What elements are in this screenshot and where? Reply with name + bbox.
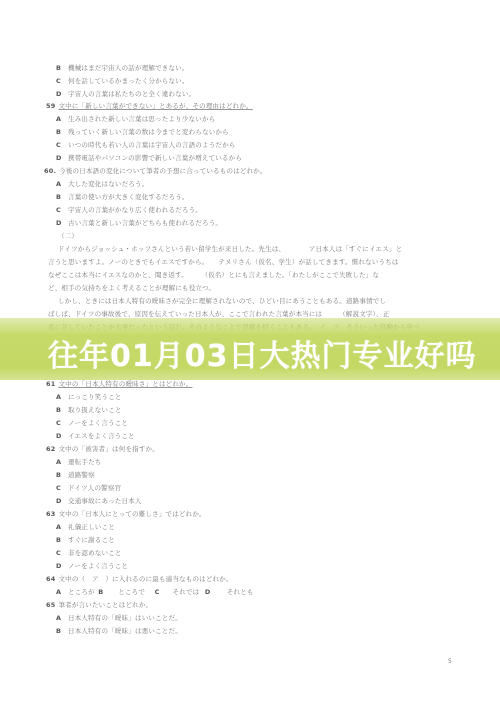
option-text: 取り扱えないこと	[68, 406, 122, 414]
option-letter: C	[56, 549, 68, 557]
option-text: ところで	[110, 588, 152, 596]
option-text: 非を認めないこと	[68, 549, 122, 557]
option-61-a: Aにっこり笑うこと	[56, 393, 121, 401]
option-58-b: B機械はまだ宇宙人の話が理解できない。	[56, 64, 189, 72]
banner-title: 往年01月03日大热门专业好吗	[48, 331, 477, 375]
option-65-a: A日本人特有の「曖昧」はいいことだ。	[56, 614, 182, 622]
option-text: ノーをよく言うこと	[68, 419, 128, 427]
passage-line: しかし、ときには日本人特有の曖昧さが完全に理解されないので、ひどい目にあうことも…	[58, 297, 386, 305]
option-58-d: D宇宙人の言葉は私たちのと全く違わない。	[56, 90, 195, 98]
option-letter: B	[56, 536, 68, 544]
option-letter: C	[56, 141, 68, 149]
option-59-b: B残っていく新しい言葉の数は今までと変わらないから	[56, 128, 229, 136]
option-letter: A	[56, 614, 68, 622]
option-letter: B	[56, 64, 68, 72]
option-letter: B	[56, 406, 68, 414]
question-62: 62文中の「被害者」は何を指すか。	[46, 445, 159, 453]
option-text: 何を話しているかまったく分からない。	[68, 77, 189, 85]
option-59-c: Cいつの時代も若い人の言葉は宇宙人の言語のようだから	[56, 141, 236, 149]
option-letter: A	[56, 393, 68, 401]
question-number: 59	[46, 102, 55, 110]
passage-line: ドイツからジョッシュ・ホッフさんという若い留学生が来日した。先生は、 ア日本人は…	[58, 245, 402, 253]
passage-line: なぜここは本当にイエスなのかと、聞き返す。 （仮名）とにも言えました。「わたしが…	[48, 271, 379, 279]
option-letter: C	[56, 419, 68, 427]
question-prompt: 今後の日本語の変化について筆者の予想に合っているものはどれか。	[59, 167, 267, 175]
option-text: 携帯電話やパソコンの影響で新しい言葉が増えているから	[68, 154, 242, 162]
question-prompt: 文中の（ ア ）に入れるのに最も適当なものはどれか。	[58, 575, 232, 583]
page-number: 5	[448, 658, 452, 665]
option-letter: C	[56, 484, 68, 492]
option-text: 機械はまだ宇宙人の話が理解できない。	[68, 64, 189, 72]
passage-line: ばしば、ドイツの事故後で、原因を伝えていった日本人が、ここで言われた言葉が本当に…	[48, 310, 389, 318]
option-text: 運転手たち	[68, 458, 102, 466]
option-text: 礼儀正しいこと	[68, 523, 115, 531]
option-60-a: A大した変化はないだろう。	[56, 180, 148, 188]
option-62-b: B道路警察	[56, 471, 95, 479]
option-text: 古い言葉と新しい言葉がどちらも使われるだろう。	[68, 219, 222, 227]
question-60: 60.今後の日本語の変化について筆者の予想に合っているものはどれか。	[44, 167, 267, 175]
option-60-b: B言葉の使い方が大きく変化するだろう。	[56, 193, 189, 201]
option-60-d: D古い言葉と新しい言葉がどちらも使われるだろう。	[56, 219, 222, 227]
option-text: いつの時代も若い人の言葉は宇宙人の言語のようだから	[68, 141, 236, 149]
option-letter: B	[56, 627, 68, 635]
question-number: 63	[46, 510, 55, 518]
option-61-b: B取り扱えないこと	[56, 406, 122, 414]
option-letter: A	[56, 523, 68, 531]
option-text: 大した変化はないだろう。	[68, 180, 148, 188]
question-number: 65	[46, 601, 55, 609]
option-58-c: C何を話しているかまったく分からない。	[56, 77, 189, 85]
option-60-c: C宇宙人の言葉がかなり広く使われるだろう。	[56, 206, 202, 214]
question-number: 62	[46, 445, 55, 453]
option-text: 宇宙人の言葉は私たちのと全く違わない。	[68, 90, 195, 98]
option-62-a: A運転手たち	[56, 458, 102, 466]
option-letter: C	[56, 206, 68, 214]
options-64-row: Aところが Bところで Cそれでは Dそれとも	[56, 588, 254, 596]
option-text: 残っていく新しい言葉の数は今までと変わらないから	[68, 128, 229, 136]
option-text: 日本人特有の「曖昧」は悪いことだ。	[68, 627, 182, 635]
option-letter: A	[56, 588, 68, 596]
section-label: （二）	[58, 232, 78, 240]
option-text: それでは	[167, 588, 203, 596]
option-text: すぐに謝ること	[68, 536, 115, 544]
passage-line: 言うと思いますよ。ノーのときでもイエスですから。 テヌリさん（仮名、学生）が話し…	[48, 258, 399, 266]
option-letter: D	[56, 432, 68, 440]
option-letter: A	[56, 115, 68, 123]
option-text: にっこり笑うこと	[68, 393, 121, 401]
question-61: 61文中の「日本人特有の曖昧さ」とはどれか。	[46, 380, 192, 388]
option-59-d: D携帯電話やパソコンの影響で新しい言葉が増えているから	[56, 154, 242, 162]
question-59: 59文中に「新しい言葉ができない」とあるが、その理由はどれか。	[46, 102, 253, 110]
question-65: 65筆者が言いたいことはどれか。	[46, 601, 152, 609]
question-number: 64	[46, 575, 55, 583]
option-letter: B	[56, 193, 68, 201]
question-64: 64文中の（ ア ）に入れるのに最も適当なものはどれか。	[46, 575, 233, 583]
option-text: 交通事故にあった日本人	[68, 497, 142, 505]
option-text: 宇宙人の言葉がかなり広く使われるだろう。	[68, 206, 202, 214]
option-65-b: B日本人特有の「曖昧」は悪いことだ。	[56, 627, 182, 635]
option-62-d: D交通事故にあった日本人	[56, 497, 142, 505]
question-prompt: 文中に「新しい言葉ができない」とあるが、その理由はどれか。	[58, 102, 252, 110]
option-letter: D	[56, 154, 68, 162]
option-letter: D	[56, 219, 68, 227]
option-62-c: Cドイツ人の警察官	[56, 484, 121, 492]
option-63-a: A礼儀正しいこと	[56, 523, 115, 531]
option-letter: B	[98, 588, 110, 596]
question-prompt: 文中の「被害者」は何を指すか。	[58, 445, 159, 453]
option-letter: D	[205, 588, 217, 596]
option-letter: D	[56, 90, 68, 98]
option-63-d: Dノーをよく言うこと	[56, 562, 128, 570]
question-prompt: 文中の「日本人特有の曖昧さ」とはどれか。	[58, 380, 192, 388]
option-text: 生み出された新しい言葉は思ったより少ないから	[68, 115, 215, 123]
option-letter: D	[56, 562, 68, 570]
option-text: ノーをよく言うこと	[68, 562, 128, 570]
option-letter: A	[56, 180, 68, 188]
question-prompt: 筆者が言いたいことはどれか。	[58, 601, 152, 609]
option-letter: B	[56, 471, 68, 479]
option-text: 日本人特有の「曖昧」はいいことだ。	[68, 614, 182, 622]
option-letter: C	[155, 588, 167, 596]
option-61-d: Dイエスをよく言うこと	[56, 432, 135, 440]
option-text: 言葉の使い方が大きく変化するだろう。	[68, 193, 189, 201]
option-letter: B	[56, 128, 68, 136]
option-text: イエスをよく言うこと	[68, 432, 135, 440]
option-text: 道路警察	[68, 471, 95, 479]
option-63-b: Bすぐに謝ること	[56, 536, 115, 544]
question-number: 61	[46, 380, 55, 388]
option-61-c: Cノーをよく言うこと	[56, 419, 128, 427]
option-text: それとも	[217, 588, 254, 596]
question-number: 60.	[44, 167, 56, 175]
option-59-a: A生み出された新しい言葉は思ったより少ないから	[56, 115, 215, 123]
question-63: 63文中の「日本人にとっての難しさ」ではどれか。	[46, 510, 206, 518]
passage-line: ど、相手の気持ちをよく考えることが理解にも役立つ。	[48, 284, 215, 292]
option-63-c: C非を認めないこと	[56, 549, 122, 557]
option-letter: A	[56, 458, 68, 466]
option-letter: C	[56, 77, 68, 85]
option-text: ところが	[68, 588, 96, 596]
option-letter: D	[56, 497, 68, 505]
question-prompt: 文中の「日本人にとっての難しさ」ではどれか。	[58, 510, 205, 518]
option-text: ドイツ人の警察官	[68, 484, 121, 492]
